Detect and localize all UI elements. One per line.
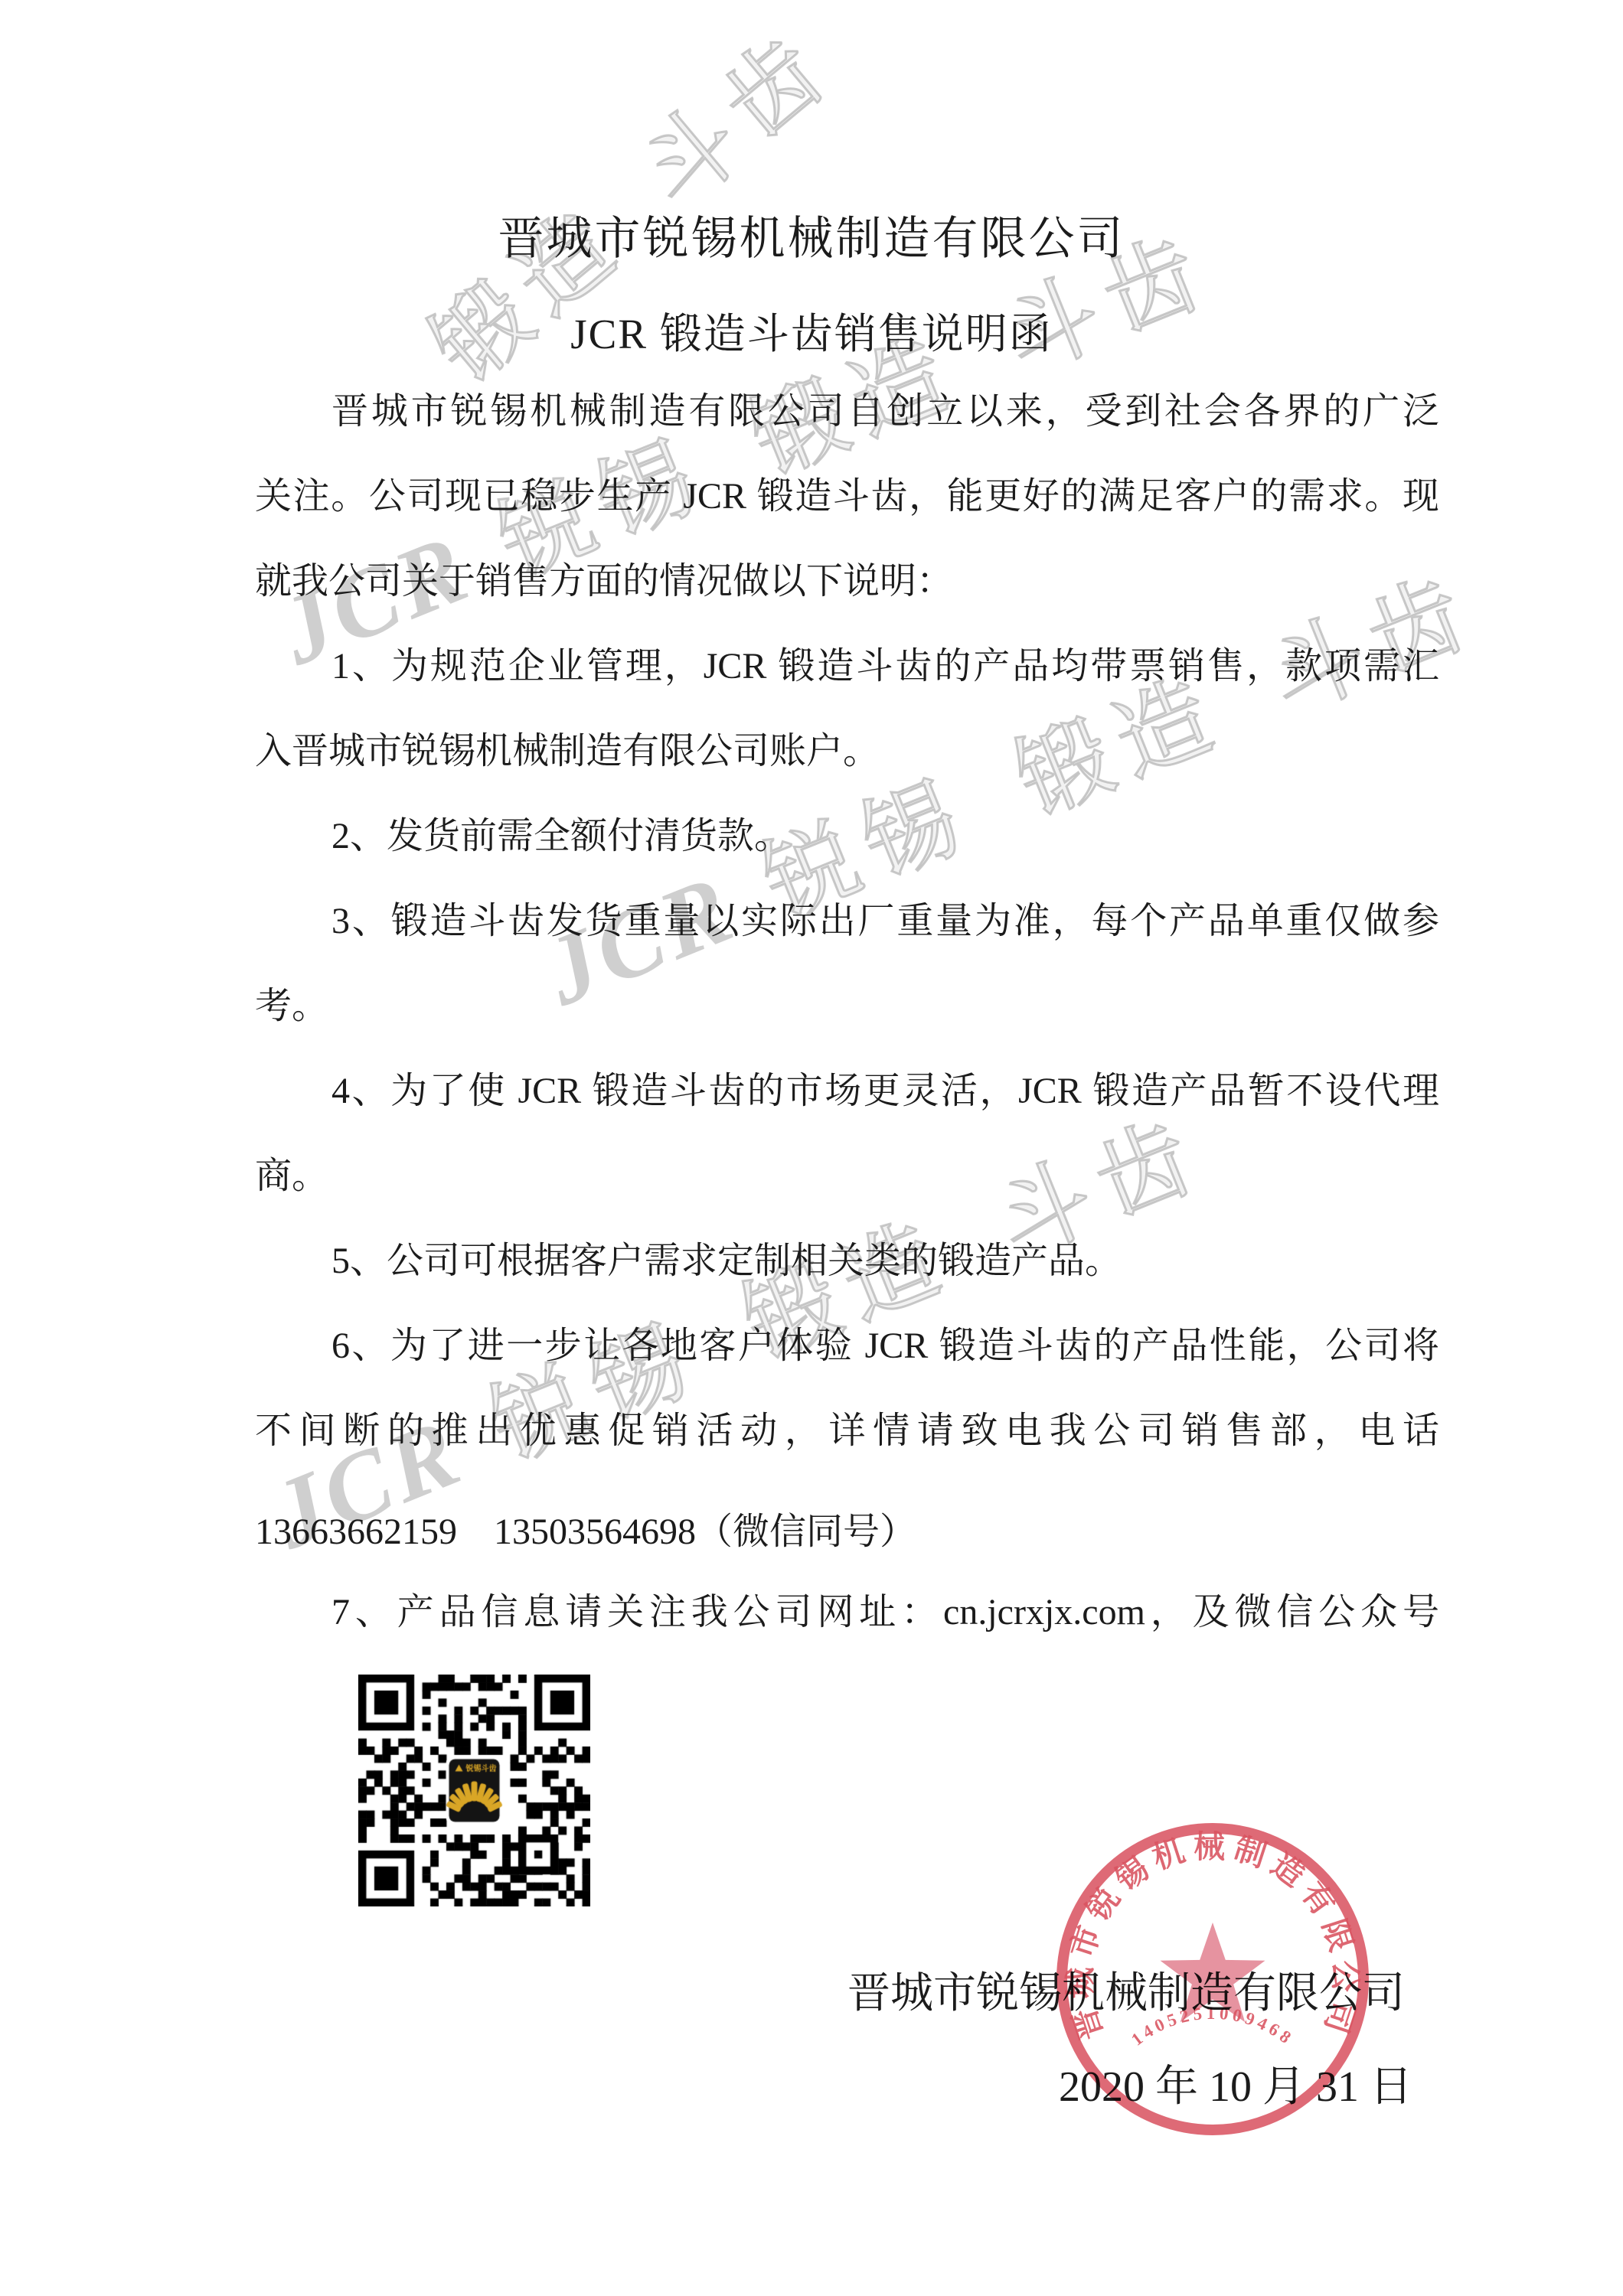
signature-company: 晋城市锐锡机械制造有限公司 bbox=[847, 1959, 1405, 2020]
body-line: 关注。公司现已稳步生产 JCR 锻造斗齿，能更好的满足客户的需求。现 bbox=[255, 471, 1439, 522]
body-line-item-4: 4、为了使 JCR 锻造斗齿的市场更灵活，JCR 锻造产品暂不设代理 bbox=[255, 1066, 1439, 1117]
body-line: 商。 bbox=[255, 1151, 1439, 1202]
body-line-item-6: 6、为了进一步让各地客户体验 JCR 锻造斗齿的产品性能，公司将 bbox=[255, 1321, 1439, 1371]
watermark-diagonal: JCR锐锡 锻造 斗齿 bbox=[528, 551, 1492, 1029]
signature-date: 2020 年 10 月 31 日 bbox=[1059, 2053, 1412, 2114]
body-line-item-5: 5、公司可根据客户需求定制相关类的锻造产品。 bbox=[255, 1236, 1439, 1287]
body-line-item-7: 7、产品信息请关注我公司网址：cn.jcrxjx.com，及微信公众号 bbox=[255, 1587, 1439, 1638]
phone-numbers-line: 13663662159 13503564698（微信同号） bbox=[255, 1507, 1439, 1557]
body-line-item-2: 2、发货前需全额付清货款。 bbox=[255, 811, 1439, 862]
body-line-item-3: 3、锻造斗齿发货重量以实际出厂重量为准，每个产品单重仅做参 bbox=[255, 896, 1439, 947]
body-line: 晋城市锐锡机械制造有限公司自创立以来，受到社会各界的广泛 bbox=[255, 386, 1439, 437]
body-line: 入晋城市锐锡机械制造有限公司账户。 bbox=[255, 726, 1439, 777]
wechat-qr-code bbox=[358, 1675, 590, 1906]
document-title: 晋城市锐锡机械制造有限公司 bbox=[0, 202, 1623, 268]
body-line: 就我公司关于销售方面的情况做以下说明： bbox=[255, 556, 1439, 607]
watermark-diagonal: JCR锐锡 锻造 斗齿 bbox=[263, 210, 1227, 689]
body-line: 考。 bbox=[255, 981, 1439, 1032]
body-line: 不间断的推出优惠促销活动，详情请致电我公司销售部，电话 bbox=[255, 1406, 1439, 1456]
document-page: 锻造 斗齿 JCR锐锡 锻造 斗齿 JCR锐锡 锻造 斗齿 JCR锐锡 锻造 斗… bbox=[0, 0, 1623, 2296]
document-subtitle: JCR 锻造斗齿销售说明函 bbox=[0, 300, 1623, 360]
body-line-item-1: 1、为规范企业管理，JCR 锻造斗齿的产品均带票销售，款项需汇 bbox=[255, 641, 1439, 692]
